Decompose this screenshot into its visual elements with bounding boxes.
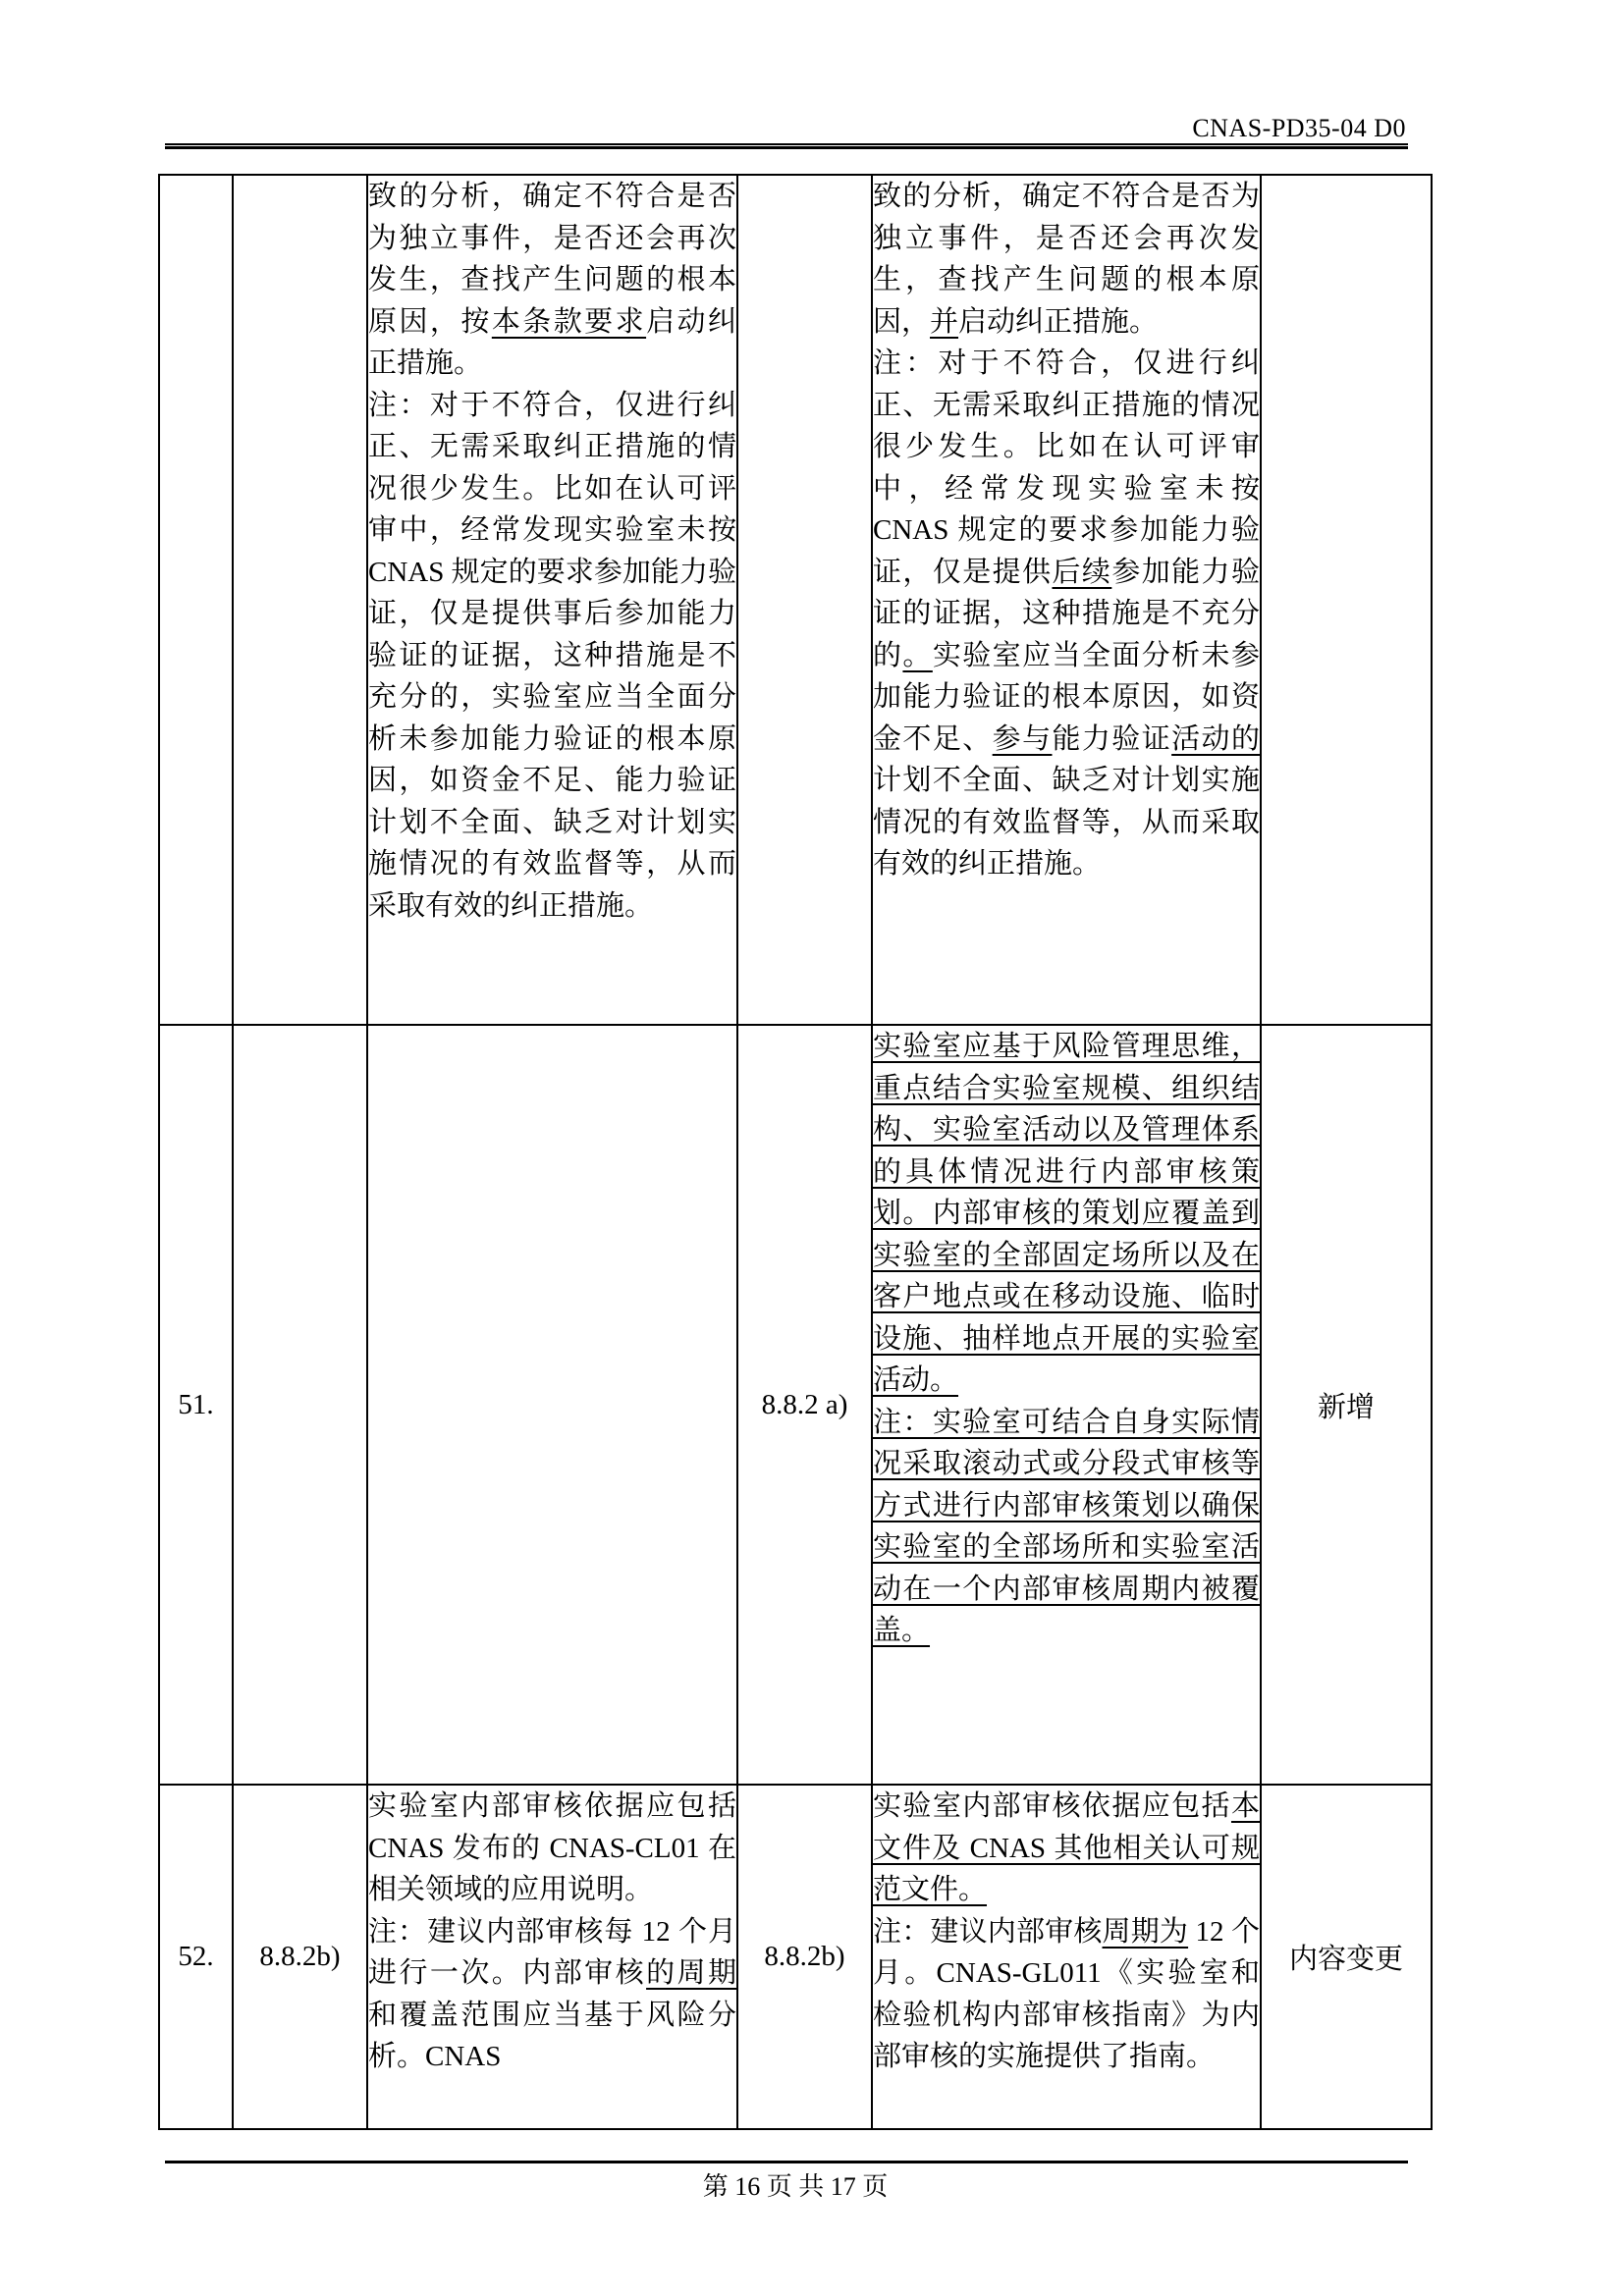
new-clause-cell: 8.8.2b) (737, 1785, 872, 2129)
footer-rule (165, 2161, 1408, 2163)
new-text-cell: 实验室内部审核依据应包括本文件及 CNAS 其他相关认可规范文件。 注：建议内部… (872, 1785, 1261, 2129)
table-row-continuation: 致的分析，确定不符合是否为独立事件，是否还会再次发生，查找产生问题的根本原因，按… (159, 175, 1432, 1025)
inserted-text: 参与 (993, 723, 1053, 755)
new-text-cell: 实验室应基于风险管理思维，重点结合实验室规模、组织结构、实验室活动以及管理体系的… (872, 1025, 1261, 1785)
text-run: 实验室内部审核依据应包括 (873, 1790, 1231, 1822)
text-run: 启动纠正措施。 注：对于不符合，仅进行纠正、无需采取纠正措施的情况很少发生。比如… (368, 306, 737, 922)
inserted-text: 实验室应基于风险管理思维，重点结合实验室规模、组织结构、实验室活动以及管理体系的… (873, 1031, 1260, 1646)
document-page: CNAS-PD35-04 D0 致的分析，确定不符合是否为独立事件，是否还会再次… (0, 0, 1624, 2296)
text-run: 启动纠正措施。 注：对于不符合，仅进行纠正、无需采取纠正措施的情况很少发生。比如… (873, 306, 1261, 588)
changed-text: 本条款要求 (492, 306, 646, 338)
changed-text: 的周期 (646, 1957, 736, 1989)
old-text-cell: 致的分析，确定不符合是否为独立事件，是否还会再次发生，查找产生问题的根本原因，按… (367, 175, 737, 1025)
new-clause-cell: 8.8.2 a) (737, 1025, 872, 1785)
inserted-text: 周期为 (1103, 1916, 1189, 1948)
inserted-text: 。 (902, 640, 932, 671)
table-row-51: 51. 8.8.2 a) 实验室应基于风险管理思维，重点结合实验室规模、组织结构… (159, 1025, 1432, 1785)
change-type-cell (1261, 175, 1432, 1025)
new-clause-cell (737, 175, 872, 1025)
text-run: 和覆盖范围应当基于风险分析。CNAS (368, 2000, 736, 2073)
doc-code: CNAS-PD35-04 D0 (0, 114, 1406, 143)
header-rule (165, 143, 1408, 149)
row-number-cell: 51. (159, 1025, 233, 1785)
old-clause-cell (233, 175, 367, 1025)
inserted-text: 后续 (1052, 557, 1111, 588)
row-number-cell: 52. (159, 1785, 233, 2129)
row-number-cell (159, 175, 233, 1025)
old-text-cell (367, 1025, 737, 1785)
table-row-52: 52. 8.8.2b) 实验室内部审核依据应包括 CNAS 发布的 CNAS-C… (159, 1785, 1432, 2129)
inserted-text: 活动的 (1171, 723, 1260, 755)
inserted-text: 并 (930, 306, 958, 338)
revision-comparison-table: 致的分析，确定不符合是否为独立事件，是否还会再次发生，查找产生问题的根本原因，按… (158, 174, 1433, 2130)
text-run: 计划不全面、缺乏对计划实施情况的有效监督等，从而采取有效的纠正措施。 (873, 765, 1260, 880)
new-text-cell: 致的分析，确定不符合是否为独立事件，是否还会再次发生，查找产生问题的根本原因，并… (872, 175, 1261, 1025)
old-clause-cell (233, 1025, 367, 1785)
page-number: 第 16 页 共 17 页 (0, 2166, 1591, 2203)
change-type-cell: 内容变更 (1261, 1785, 1432, 2129)
old-clause-cell: 8.8.2b) (233, 1785, 367, 2129)
text-run: 能力验证 (1052, 723, 1171, 755)
change-type-cell: 新增 (1261, 1025, 1432, 1785)
text-run: 注：建议内部审核 (873, 1916, 1103, 1948)
old-text-cell: 实验室内部审核依据应包括 CNAS 发布的 CNAS-CL01 在相关领域的应用… (367, 1785, 737, 2129)
